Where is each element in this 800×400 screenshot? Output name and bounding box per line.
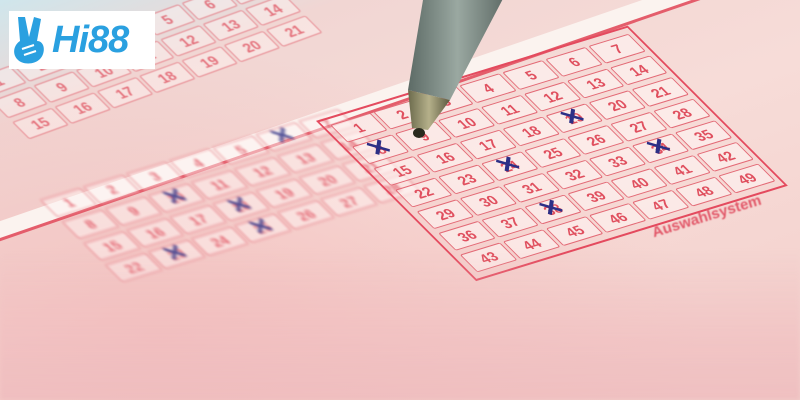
x-mark-icon: ✕ — [358, 134, 400, 163]
lottery-ticket-photo: 123456789101112131415161718192021 123456… — [0, 0, 800, 400]
x-mark-icon: ✕ — [154, 182, 196, 211]
x-mark-icon: ✕ — [262, 121, 304, 150]
x-mark-icon: ✕ — [240, 212, 282, 241]
x-mark-icon: ✕ — [638, 133, 680, 162]
x-mark-icon: ✕ — [531, 194, 573, 223]
out-of-focus-foreground — [0, 250, 800, 400]
x-mark-icon: ✕ — [552, 103, 594, 132]
victory-hand-icon — [12, 15, 50, 65]
pen-icon — [398, 0, 518, 145]
hi88-logo: Hi88 — [9, 11, 155, 69]
x-mark-icon: ✕ — [487, 151, 529, 180]
logo-text: Hi88 — [52, 19, 128, 62]
front-ticket-grid: 12345678✕910111213141516171819✕202122232… — [330, 34, 774, 272]
